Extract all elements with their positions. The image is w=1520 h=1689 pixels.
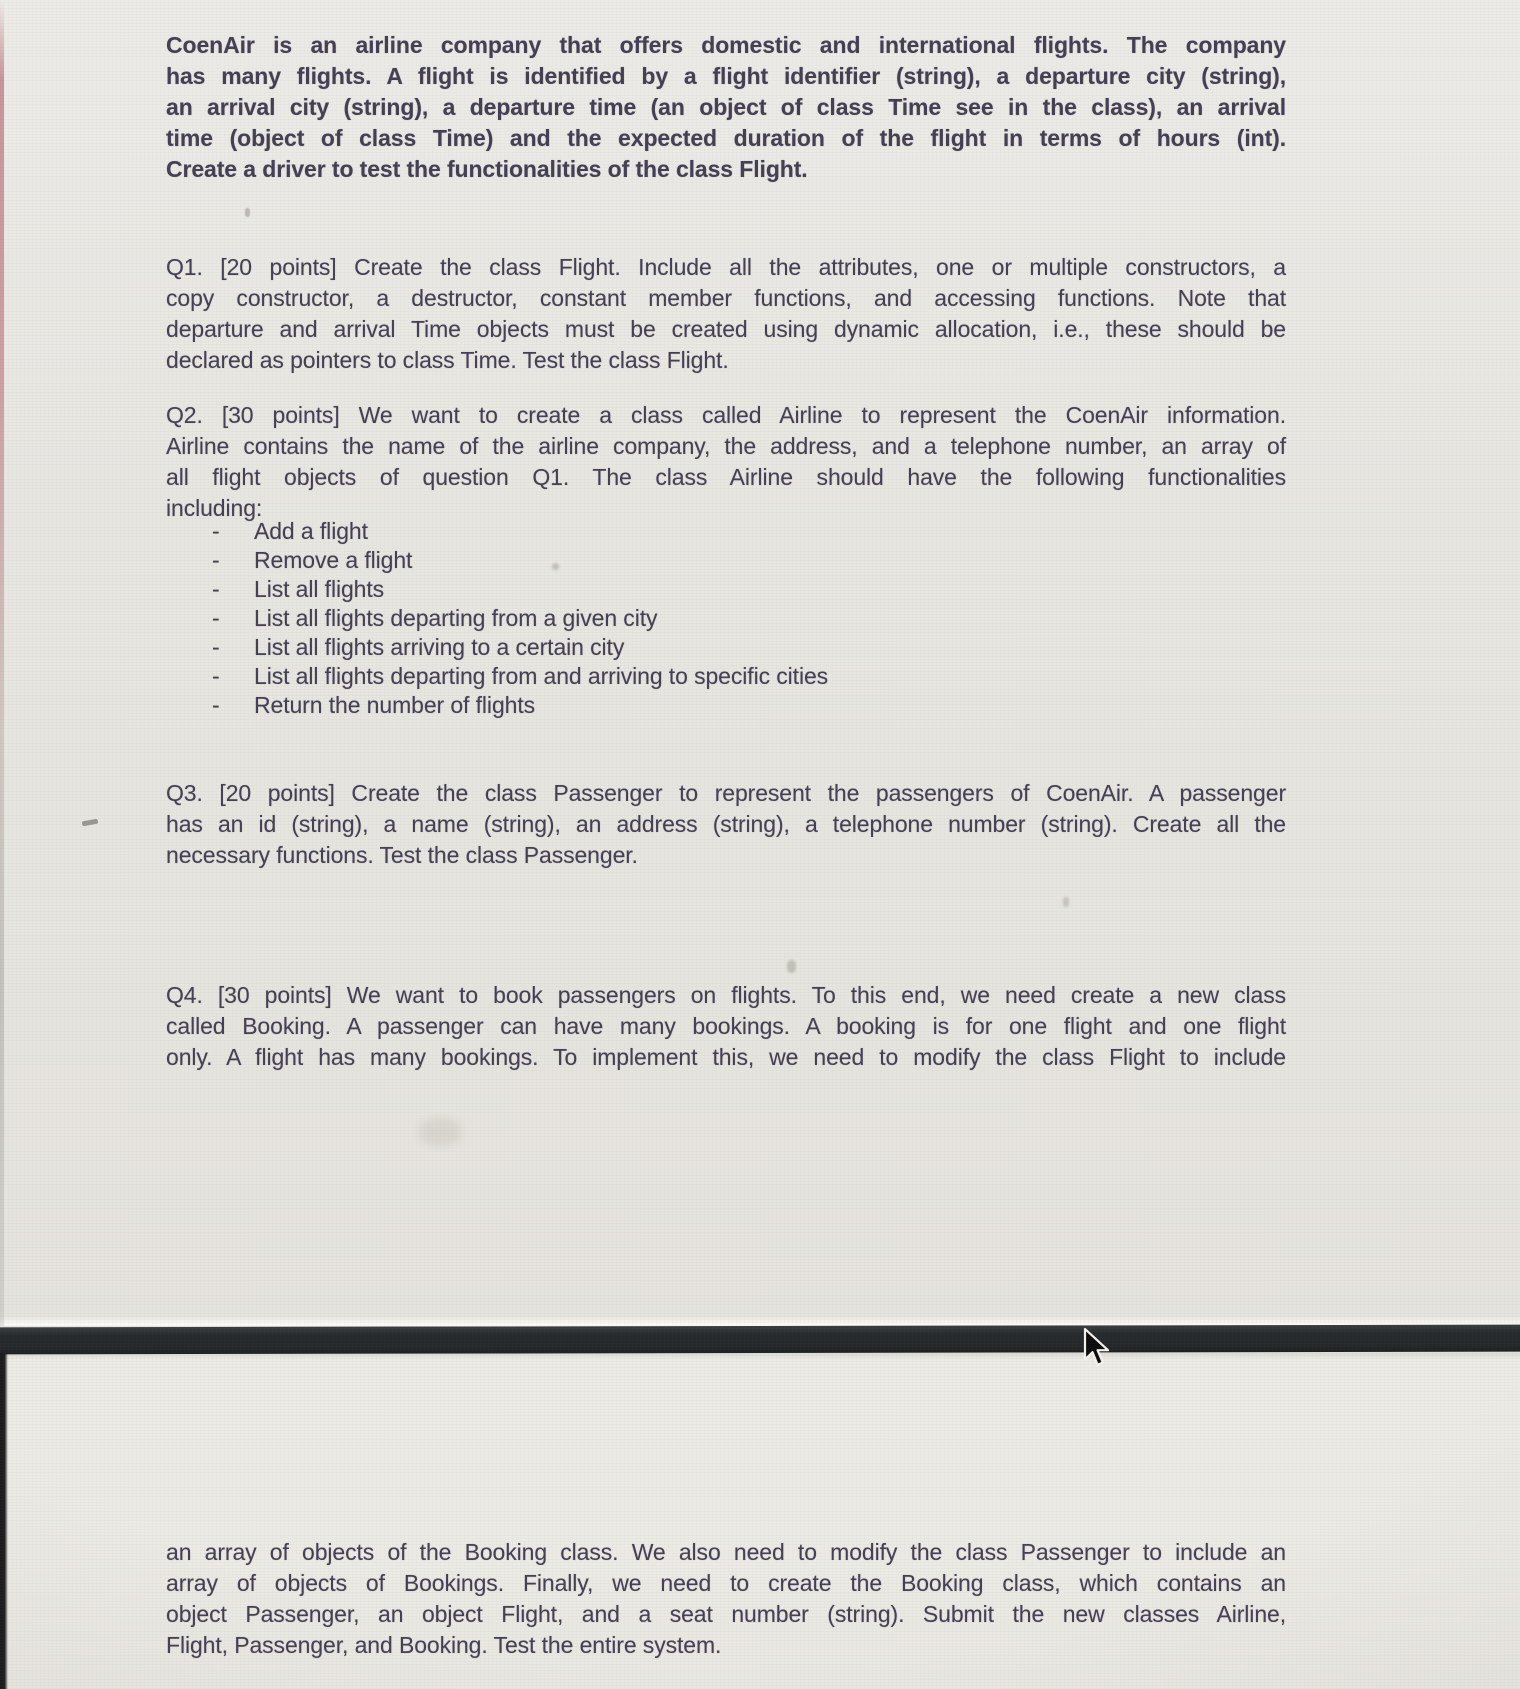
text-line: declared as pointers to class Time. Test…	[166, 345, 1286, 376]
bullet-label: List all flights departing from a given …	[254, 604, 1286, 633]
text-line: all flight objects of question Q1. The c…	[166, 462, 1286, 493]
paper-smudge	[418, 1118, 462, 1146]
bullet-label: List all flights departing from and arri…	[254, 662, 1286, 691]
bullet-item: -List all flights departing from and arr…	[166, 662, 1286, 691]
pencil-speck	[1063, 897, 1069, 907]
bullet-dash-marker: -	[166, 662, 254, 691]
photographed-screen: CoenAir is an airline company that offer…	[0, 0, 1520, 1689]
text-line: array of objects of Bookings. Finally, w…	[166, 1568, 1286, 1599]
text-line: Flight, Passenger, and Booking. Test the…	[166, 1630, 1286, 1661]
question-4-continuation-paragraph: an array of objects of the Booking class…	[166, 1537, 1286, 1661]
question-2-paragraph: Q2. [30 points] We want to create a clas…	[166, 400, 1286, 524]
question-2-bullet-list: -Add a flight-Remove a flight-List all f…	[166, 517, 1286, 720]
pencil-dash-mark	[82, 819, 99, 827]
bullet-dash-marker: -	[166, 517, 254, 546]
mouse-cursor-arrow-icon	[1083, 1327, 1110, 1374]
question-1-paragraph: Q1. [20 points] Create the class Flight.…	[166, 252, 1286, 376]
text-line: only. A flight has many bookings. To imp…	[166, 1042, 1286, 1073]
text-line: Q1. [20 points] Create the class Flight.…	[166, 252, 1286, 283]
text-line: Q3. [20 points] Create the class Passeng…	[166, 778, 1286, 809]
bullet-label: Return the number of flights	[254, 691, 1286, 720]
text-line: necessary functions. Test the class Pass…	[166, 840, 1286, 871]
text-line: CoenAir is an airline company that offer…	[166, 30, 1286, 61]
text-line: an array of objects of the Booking class…	[166, 1537, 1286, 1568]
text-line: object Passenger, an object Flight, and …	[166, 1599, 1286, 1630]
bullet-dash-marker: -	[166, 633, 254, 662]
bullet-dash-marker: -	[166, 691, 254, 720]
text-line: copy constructor, a destructor, constant…	[166, 283, 1286, 314]
bullet-item: -List all flights departing from a given…	[166, 604, 1286, 633]
bullet-dash-marker: -	[166, 575, 254, 604]
bullet-item: -Add a flight	[166, 517, 1286, 546]
text-line: departure and arrival Time objects must …	[166, 314, 1286, 345]
bullet-label: Remove a flight	[254, 546, 1286, 575]
question-3-paragraph: Q3. [20 points] Create the class Passeng…	[166, 778, 1286, 871]
text-line: an arrival city (string), a departure ti…	[166, 92, 1286, 123]
bullet-label: List all flights arriving to a certain c…	[254, 633, 1286, 662]
photo-left-edge-tint	[0, 0, 4, 1326]
text-line: Create a driver to test the functionalit…	[166, 154, 1286, 185]
bullet-dash-marker: -	[166, 604, 254, 633]
pencil-speck	[787, 960, 796, 973]
pencil-speck	[245, 208, 250, 217]
bullet-dash-marker: -	[166, 546, 254, 575]
text-line: Q4. [30 points] We want to book passenge…	[166, 980, 1286, 1011]
text-line: has an id (string), a name (string), an …	[166, 809, 1286, 840]
window-divider-bar	[0, 1325, 1520, 1355]
question-4-paragraph: Q4. [30 points] We want to book passenge…	[166, 980, 1286, 1073]
lower-page-dark-edge	[0, 1353, 8, 1689]
text-line: Airline contains the name of the airline…	[166, 431, 1286, 462]
bullet-item: -List all flights	[166, 575, 1286, 604]
text-line: Q2. [30 points] We want to create a clas…	[166, 400, 1286, 431]
bullet-label: Add a flight	[254, 517, 1286, 546]
bullet-item: -Return the number of flights	[166, 691, 1286, 720]
text-line: called Booking. A passenger can have man…	[166, 1011, 1286, 1042]
text-line: has many flights. A flight is identified…	[166, 61, 1286, 92]
bullet-item: -Remove a flight	[166, 546, 1286, 575]
bullet-label: List all flights	[254, 575, 1286, 604]
bullet-item: -List all flights arriving to a certain …	[166, 633, 1286, 662]
text-line: time (object of class Time) and the expe…	[166, 123, 1286, 154]
intro-paragraph: CoenAir is an airline company that offer…	[166, 30, 1286, 185]
